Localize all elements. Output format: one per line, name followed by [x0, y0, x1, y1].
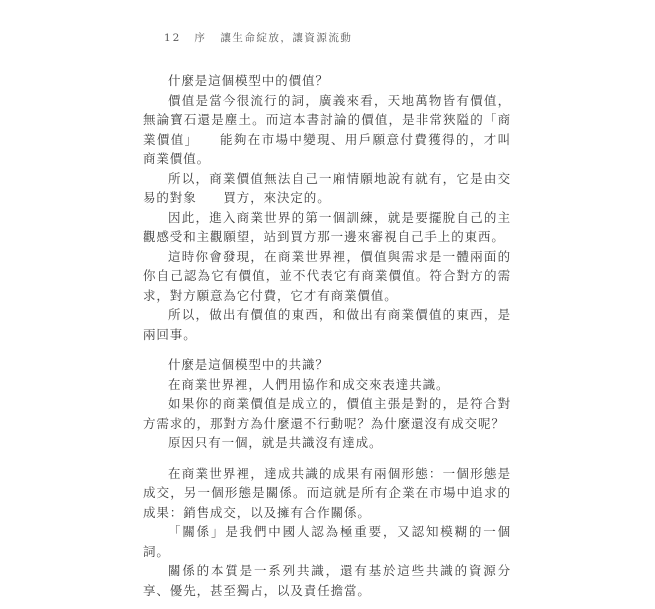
- paragraph: 價值是當今很流行的詞，廣義來看，天地萬物皆有價值，無論寶石還是塵土。而這本書討論…: [143, 91, 511, 169]
- paragraph: 所以，商業價值無法自己一廂情願地說有就有，它是由交易的對象 買方，來決定的。: [143, 169, 511, 208]
- paragraph: 在商業世界裡，人們用協作和成交來表達共識。: [143, 375, 511, 395]
- page-body: 什麼是這個模型中的價值？ 價值是當今很流行的詞，廣義來看，天地萬物皆有價值，無論…: [143, 71, 511, 600]
- book-page: 12序讓生命綻放，讓資源流動 什麼是這個模型中的價值？ 價值是當今很流行的詞，廣…: [0, 0, 655, 609]
- paragraph: 什麼是這個模型中的共識？: [143, 355, 511, 375]
- paragraph: 這時你會發現，在商業世界裡，價值與需求是一體兩面的 你自己認為它有價值，並不代表…: [143, 247, 511, 306]
- paragraph: 什麼是這個模型中的價值？: [143, 71, 511, 91]
- paragraph: 原因只有一個，就是共識沒有達成。: [143, 433, 511, 453]
- running-header: 12序讓生命綻放，讓資源流動: [164, 30, 352, 45]
- paragraph: 「關係」是我們中國人認為極重要，又認知模糊的一個詞。: [143, 522, 511, 561]
- paragraph: 在商業世界裡，達成共識的成果有兩個形態：一個形態是成交，另一個形態是關係。而這就…: [143, 464, 511, 523]
- page-number: 12: [164, 32, 181, 44]
- paragraph: 關係的本質是一系列共識，還有基於這些共識的資源分享、優先，甚至獨占，以及責任擔當…: [143, 561, 511, 600]
- paragraph: 因此，進入商業世界的第一個訓練，就是要擺脫自己的主觀感受和主觀願望，站到買方那一…: [143, 208, 511, 247]
- paragraph: 所以，做出有價值的東西，和做出有商業價值的東西，是兩回事。: [143, 305, 511, 344]
- running-title: 讓生命綻放，讓資源流動: [220, 32, 352, 44]
- paragraph: 如果你的商業價值是成立的，價值主張是對的，是符合對方需求的，那對方為什麼還不行動…: [143, 394, 511, 433]
- section-consensus: 什麼是這個模型中的共識？ 在商業世界裡，人們用協作和成交來表達共識。 如果你的商…: [143, 355, 511, 453]
- section-label: 序: [194, 32, 206, 44]
- section-relationship: 在商業世界裡，達成共識的成果有兩個形態：一個形態是成交，另一個形態是關係。而這就…: [143, 464, 511, 601]
- section-value: 什麼是這個模型中的價值？ 價值是當今很流行的詞，廣義來看，天地萬物皆有價值，無論…: [143, 71, 511, 344]
